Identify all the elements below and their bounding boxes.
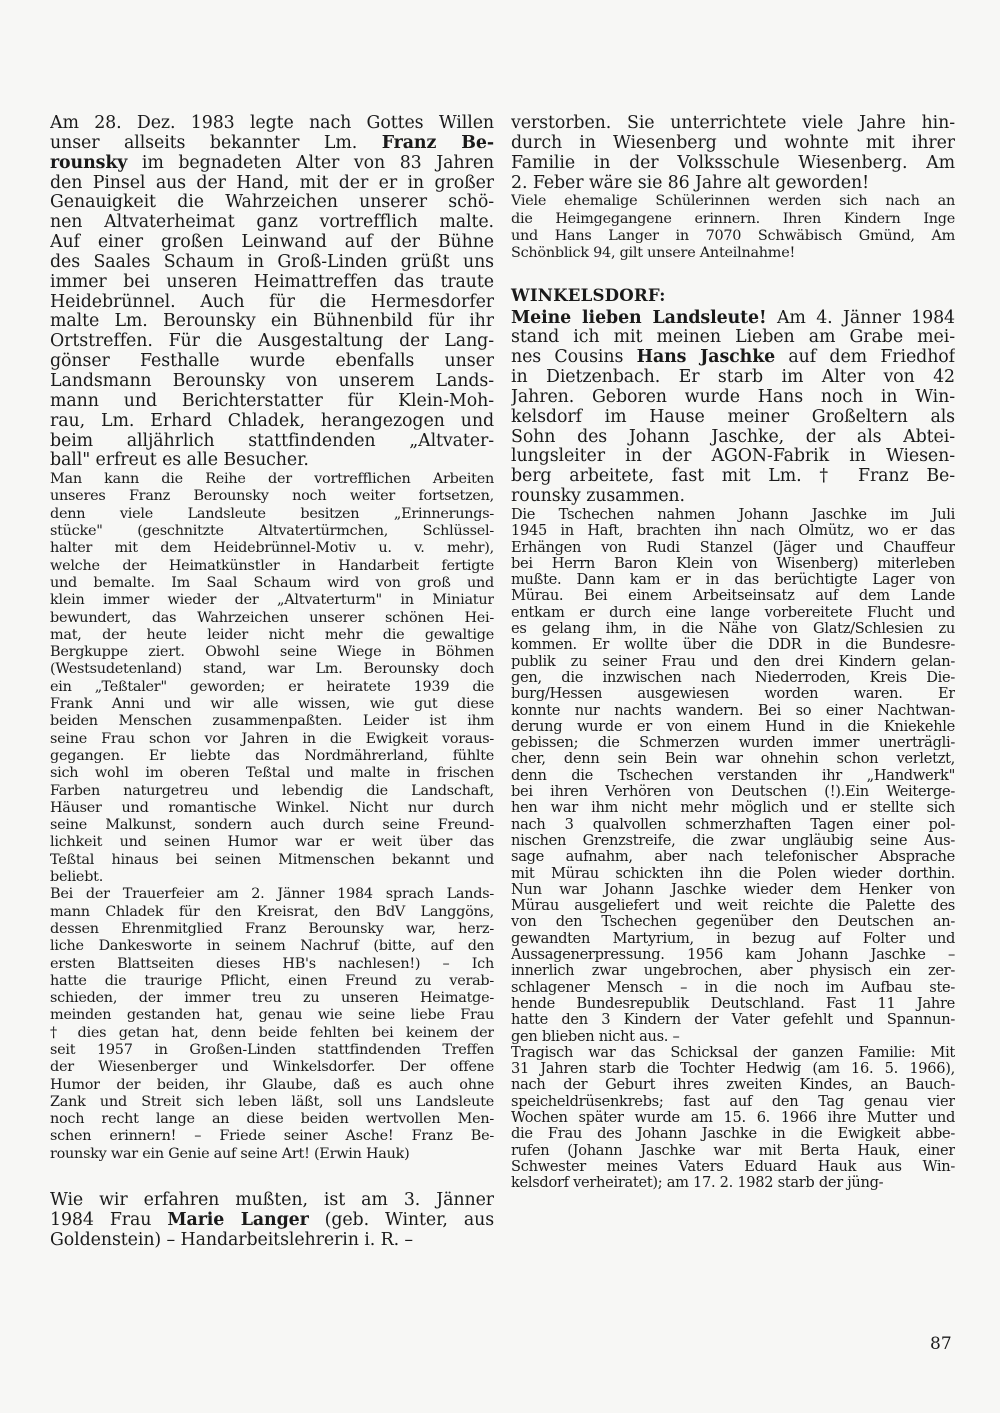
berounsky-funeral-paragraph: Bei der Trauerfeier am 2. Jänner 1984 sp… [50,886,494,1163]
text-line: Schwester meines Vaters Eduard Hauk aus … [511,1159,955,1175]
text-line: Mürau. Bei einem Arbeitseinsatz auf dem … [511,588,955,604]
text-line: immer bei unseren Heimattreffen das trau… [50,273,494,293]
bold-name: Franz Be- [382,134,494,153]
text-line: Landsmann Berounsky von unserem Lands- [50,372,494,392]
text-line: seine Frau schon vor Jahren in die Ewigk… [50,731,494,748]
text-line: rounsky im begnadeten Alter von 83 Jahre… [50,154,494,174]
text-line: meinden gestanden hat, genau wie seine l… [50,1007,494,1024]
text-line: Am 28. Dez. 1983 legte nach Gottes Wille… [50,114,494,134]
text-line: Tragisch war das Schicksal der ganzen Fa… [511,1045,955,1061]
text-line: speicheldrüsenkrebs; fast auf den Tag ge… [511,1094,955,1110]
text-line: durch in Wiesenberg und wohnte mit ihrer [511,134,955,154]
text-line: denn die Tschechen verstanden ihr „Handw… [511,768,955,784]
text-line: nes Cousins Hans Jaschke auf dem Friedho… [511,348,955,368]
text-line: Humor der beiden, ihr Glaube, daß es auc… [50,1077,494,1094]
text-line: seit 1957 in Großen-Linden stattfindende… [50,1042,494,1059]
text-line: liche Dankesworte in seinem Nachruf (bit… [50,938,494,955]
text-segment: 1984 Frau [50,1211,167,1230]
text-line: und bemalte. Im Saal Schaum wird von gro… [50,575,494,592]
text-line: rounsky war ein Genie auf seine Art! (Er… [50,1146,494,1163]
text-segment: (geb. Winter, aus [309,1211,494,1230]
text-line: rounsky zusammen. [511,487,955,507]
text-line: verstorben. Sie unterrichtete viele Jahr… [511,114,955,134]
text-line: hen war ihm nicht mehr möglich und er st… [511,800,955,816]
text-line: Ortstreffen. Für die Ausgestaltung der L… [50,332,494,352]
text-line: hatte den 3 Kindern der Vater gefehlt un… [511,1012,955,1028]
text-line: dessen Ehrenmitglied Franz Berounsky war… [50,921,494,938]
text-line: noch recht lange an diese beiden wertvol… [50,1111,494,1128]
text-line: Goldenstein) – Handarbeitslehrerin i. R.… [50,1231,494,1251]
text-line: berg arbeitete, fast mit Lm. † Franz Be- [511,467,955,487]
text-line: Häuser und romantische Winkel. Nicht nur… [50,800,494,817]
text-line: entkam er durch eine lange vorbereitete … [511,605,955,621]
text-segment: im begnadeten Alter von 83 Jahren [127,154,494,173]
text-line: 2. Feber wäre sie 86 Jahre alt geworden! [511,174,955,194]
text-line: Bergkuppe ziert. Obwohl seine Wiege in B… [50,644,494,661]
text-line: innerlich zwar ungebrochen, aber physisc… [511,963,955,979]
bold-name: Meine lieben Landsleute! [511,309,767,328]
text-line: seine Malkunst, sondern auch durch seine… [50,817,494,834]
text-line: lichkeit und seinen Humor war er weit üb… [50,834,494,851]
text-line: mit Mürau schickten ihn die Polen wieder… [511,866,955,882]
text-line: ersten Blattseiten dieses HB's nachlesen… [50,956,494,973]
text-line: in Dietzenbach. Er starb im Alter von 42 [511,368,955,388]
text-line: gönser Festhalle wurde ebenfalls unser [50,352,494,372]
text-line: mann und Berichterstatter für Klein-Moh- [50,392,494,412]
text-line: hatte die traurige Pflicht, einen Freund… [50,973,494,990]
text-line: Schönblick 94, gilt unsere Anteilnahme! [511,245,955,262]
text-line: kelsdorf im Hause meiner Großeltern als [511,408,955,428]
text-line: unser allseits bekannter Lm. Franz Be- [50,134,494,154]
text-line: ein „Teßtaler" geworden; er heiratete 19… [50,679,494,696]
text-line: mußte. Dann kam er in das berüchtigte La… [511,572,955,588]
text-segment: Am 4. Jänner 1984 [767,309,955,328]
text-segment: auf dem Friedhof [775,348,955,367]
jaschke-family-paragraph: Tragisch war das Schicksal der ganzen Fa… [511,1045,955,1192]
text-line: des Saales Schaum in Groß-Linden grüßt u… [50,253,494,273]
text-line: Viele ehemalige Schülerinnen werden sich… [511,193,955,210]
text-line: nischen Grenzstreife, die zwar ungläubig… [511,833,955,849]
text-line: schieden, der immer treu zu unseren Heim… [50,990,494,1007]
langer-obituary-continued: verstorben. Sie unterrichtete viele Jahr… [511,114,955,193]
text-line: Heidebrünnel. Auch für die Hermesdorfer [50,293,494,313]
text-line: stücke" (geschnitzte Altvatertürmchen, S… [50,523,494,540]
text-line: Mürau ausgeliefert und weit reichte die … [511,898,955,914]
text-line: Aussagenerpressung. 1956 kam Johann Jasc… [511,947,955,963]
jaschke-history-paragraph: Die Tschechen nahmen Johann Jaschke im J… [511,507,955,1045]
text-line: Teßtal hinaus bei seinen Mitmenschen bek… [50,852,494,869]
text-segment: unser allseits bekannter Lm. [50,134,382,153]
text-line: Erhängen von Rudi Stanzel (Jäger und Cha… [511,540,955,556]
text-line: publik zu seiner Frau und den drei Kinde… [511,654,955,670]
text-line: kelsdorf verheiratet); am 17. 2. 1982 st… [511,1175,955,1191]
text-line: es gelang ihm, in die Nähe von Glatz/Sch… [511,621,955,637]
text-line: Man kann die Reihe der vortrefflichen Ar… [50,471,494,488]
text-line: Die Tschechen nahmen Johann Jaschke im J… [511,507,955,523]
text-line: 1945 in Haft, brachten ihn nach Ölmütz, … [511,523,955,539]
text-line: Zank und Streit sich leben läßt, soll un… [50,1094,494,1111]
text-line: ball" erfreut es alle Besucher. [50,451,494,471]
text-line: nen Altvaterheimat ganz vortrefflich mal… [50,213,494,233]
text-line: Genauigkeit die Wahrzeichen unserer schö… [50,193,494,213]
jaschke-intro-paragraph: Meine lieben Landsleute! Am 4. Jänner 19… [511,309,955,507]
text-line: stand ich mit meinen Lieben am Grabe mei… [511,328,955,348]
text-line: den Pinsel aus der Hand, mit der er in g… [50,174,494,194]
text-line: cher, denn sein Bein war ohnehin schon v… [511,751,955,767]
text-line: mann Chladek für den Kreisrat, den BdV L… [50,904,494,921]
text-line: schen erinnern! – Friede seiner Asche! F… [50,1128,494,1145]
text-line: der Wiesenberger und Winkelsdorfer. Der … [50,1059,494,1076]
text-line: rau, Lm. Erhard Chladek, herangezogen un… [50,412,494,432]
text-line: beim alljährlich stattfindenden „Altvate… [50,432,494,452]
text-line: 1984 Frau Marie Langer (geb. Winter, aus [50,1211,494,1231]
text-segment: nes Cousins [511,348,637,367]
text-line: Auf einer großen Leinwand auf der Bühne [50,233,494,253]
text-line: rufen (Johann Jaschke war mit Berta Hauk… [511,1143,955,1159]
text-line: klein immer wieder der „Altvaterturm" in… [50,592,494,609]
page-number: 87 [930,1334,952,1354]
text-line: † dies getan hat, denn beide fehlten bei… [50,1025,494,1042]
text-line: Sohn des Johann Jaschke, der als Abtei- [511,428,955,448]
text-line: halter mit dem Heidebrünnel-Motiv u. v. … [50,540,494,557]
bold-name: rounsky [50,154,127,173]
text-line: beiden Menschen zusammenpaßten. Leider i… [50,713,494,730]
text-line: kommen. Er wollte über die DDR in die Bu… [511,637,955,653]
text-line: malte Lm. Berounsky ein Bühnenbild für i… [50,312,494,332]
left-column: Am 28. Dez. 1983 legte nach Gottes Wille… [50,114,494,1251]
text-line: schlagener Mensch – in die noch im Aufba… [511,980,955,996]
langer-condolence-paragraph: Viele ehemalige Schülerinnen werden sich… [511,193,955,262]
text-line: nach der Geburt ihres zweiten Kindes, an… [511,1077,955,1093]
text-line: bewundert, das Wahrzeichen unserer schön… [50,610,494,627]
text-line: hende Bundesrepublik Deutschland. Fast 1… [511,996,955,1012]
text-line: Wie wir erfahren mußten, ist am 3. Jänne… [50,1191,494,1211]
text-line: Jahren. Geboren wurde Hans noch in Win- [511,388,955,408]
text-line: die Heimgegangene erinnern. Ihren Kinder… [511,211,955,228]
text-line: Wochen später wurde am 15. 6. 1966 ihre … [511,1110,955,1126]
text-line: gen, die inzwischen nach Niederroden, Kr… [511,670,955,686]
text-line: bei Herrn Baron Klein von Wisenberg) mit… [511,556,955,572]
text-line: gewandten Martyrium, in bezug auf Folter… [511,931,955,947]
text-line: Bei der Trauerfeier am 2. Jänner 1984 sp… [50,886,494,903]
text-line: lungsleiter in der AGON-Fabrik in Wiesen… [511,447,955,467]
berounsky-obituary-intro: Am 28. Dez. 1983 legte nach Gottes Wille… [50,114,494,471]
text-line: mat, der heute leider nicht mehr die gew… [50,627,494,644]
text-line: sich wohl im oberen Teßtal und malte in … [50,765,494,782]
text-line: Familie in der Volksschule Wiesenberg. A… [511,154,955,174]
text-line: nach 3 qualvollen schmerzhaften Tagen ei… [511,817,955,833]
text-line: von den Tschechen gegenüber den Deutsche… [511,914,955,930]
text-line: welche der Heimatkünstler in Handarbeit … [50,558,494,575]
text-line: bei ihren Verhören von Deutschen (!).Ein… [511,784,955,800]
text-line: Meine lieben Landsleute! Am 4. Jänner 19… [511,309,955,329]
text-line: gegangen. Er liebte das Nordmährerland, … [50,748,494,765]
text-line: Frank Anni und wir alle wissen, wie gut … [50,696,494,713]
text-line: und Hans Langer in 7070 Schwäbisch Gmünd… [511,228,955,245]
text-line: derung wurde er von einem Hund in die Kn… [511,719,955,735]
text-line: gen blieben nicht aus. – [511,1029,955,1045]
text-line: beliebt. [50,869,494,886]
text-line: burg/Hessen ausgewiesen worden waren. Er [511,686,955,702]
text-line: Nun war Johann Jaschke wieder dem Henker… [511,882,955,898]
text-line: (Westsudetenland) stand, war Lm. Berouns… [50,661,494,678]
langer-obituary-start: Wie wir erfahren mußten, ist am 3. Jänne… [50,1191,494,1251]
text-line: gebissen; die Schmerzen wurden immer une… [511,735,955,751]
text-line: sage aufnahm, aber nach telefonischer Ab… [511,849,955,865]
text-line: unseres Franz Berounsky noch weiter fort… [50,488,494,505]
text-line: Farben naturgetreu und lebendig die Land… [50,783,494,800]
text-line: denn viele Landsleute besitzen „Erinneru… [50,506,494,523]
berounsky-works-paragraph: Man kann die Reihe der vortrefflichen Ar… [50,471,494,886]
text-line: 31 Jahren starb die Tochter Hedwig (am 1… [511,1061,955,1077]
text-line: konnte nur nachts wandern. Bei so einer … [511,703,955,719]
right-column: verstorben. Sie unterrichtete viele Jahr… [511,114,955,1191]
bold-name: Marie Langer [167,1211,308,1230]
section-heading-winkelsdorf: WINKELSDORF: [511,285,955,305]
text-line: die Frau des Johann Jaschke in die Ewigk… [511,1126,955,1142]
bold-name: Hans Jaschke [637,348,776,367]
